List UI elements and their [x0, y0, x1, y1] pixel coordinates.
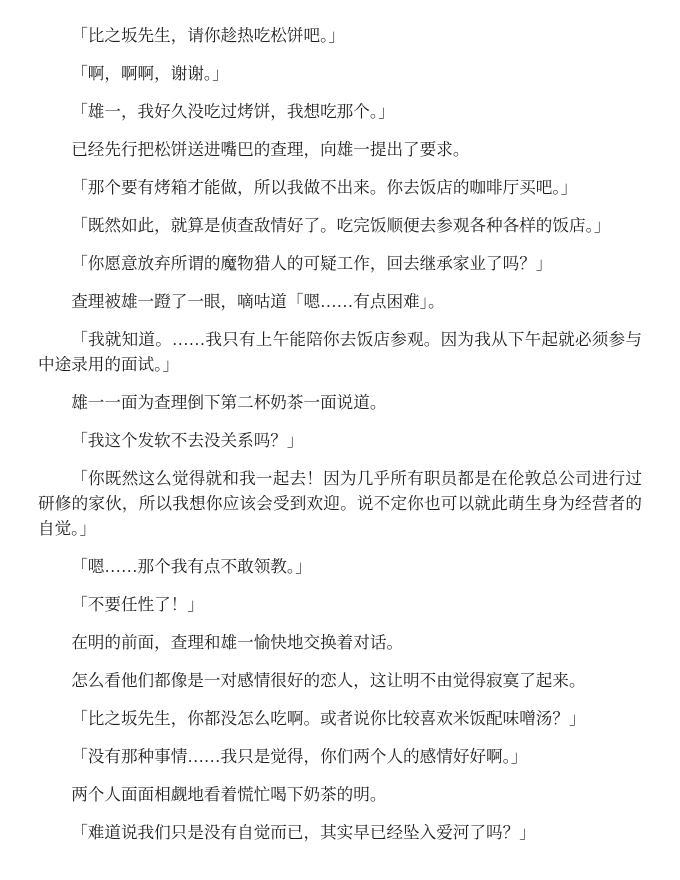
paragraph-dialogue: 「啊，啊啊，谢谢。」	[38, 61, 642, 86]
paragraph-dialogue: 「既然如此，就算是侦查敌情好了。吃完饭顺便去参观各种各样的饭店。」	[38, 213, 642, 238]
paragraph-narration: 雄一一面为查理倒下第二杯奶茶一面说道。	[38, 390, 642, 415]
paragraph-dialogue: 「没有那种事情……我只是觉得，你们两个人的感情好好啊。」	[38, 744, 642, 769]
paragraph-dialogue: 「比之坂先生，你都没怎么吃啊。或者说你比较喜欢米饭配味噌汤？」	[38, 706, 642, 731]
paragraph-dialogue: 「你愿意放弃所谓的魔物猎人的可疑工作，回去继承家业了吗？」	[38, 251, 642, 276]
novel-page: 「比之坂先生，请你趁热吃松饼吧。」 「啊，啊啊，谢谢。」 「雄一，我好久没吃过烤…	[0, 0, 680, 880]
paragraph-dialogue: 「比之坂先生，请你趁热吃松饼吧。」	[38, 23, 642, 48]
paragraph-dialogue: 「不要任性了！」	[38, 592, 642, 617]
paragraph-dialogue: 「我就知道。……我只有上午能陪你去饭店参观。因为我从下午起就必须参与中途录用的面…	[38, 327, 642, 377]
paragraph-dialogue: 「你既然这么觉得就和我一起去！因为几乎所有职员都是在伦敦总公司进行过研修的家伙，…	[38, 466, 642, 541]
paragraph-narration: 查理被雄一蹬了一眼，嘀咕道「嗯……有点困难」。	[38, 289, 642, 314]
paragraph-dialogue: 「我这个发软不去没关系吗？」	[38, 428, 642, 453]
paragraph-narration: 在明的前面，查理和雄一愉快地交换着对话。	[38, 630, 642, 655]
paragraph-dialogue: 「嗯……那个我有点不敢领教。」	[38, 554, 642, 579]
paragraph-narration: 已经先行把松饼送进嘴巴的查理，向雄一提出了要求。	[38, 137, 642, 162]
paragraph-narration: 两个人面面相觑地看着慌忙喝下奶茶的明。	[38, 782, 642, 807]
paragraph-dialogue: 「那个要有烤箱才能做，所以我做不出来。你去饭店的咖啡厅买吧。」	[38, 175, 642, 200]
paragraph-narration: 怎么看他们都像是一对感情很好的恋人，这让明不由觉得寂寞了起来。	[38, 668, 642, 693]
paragraph-dialogue: 「难道说我们只是没有自觉而已，其实早已经坠入爱河了吗？」	[38, 820, 642, 845]
paragraph-dialogue: 「雄一，我好久没吃过烤饼，我想吃那个。」	[38, 99, 642, 124]
